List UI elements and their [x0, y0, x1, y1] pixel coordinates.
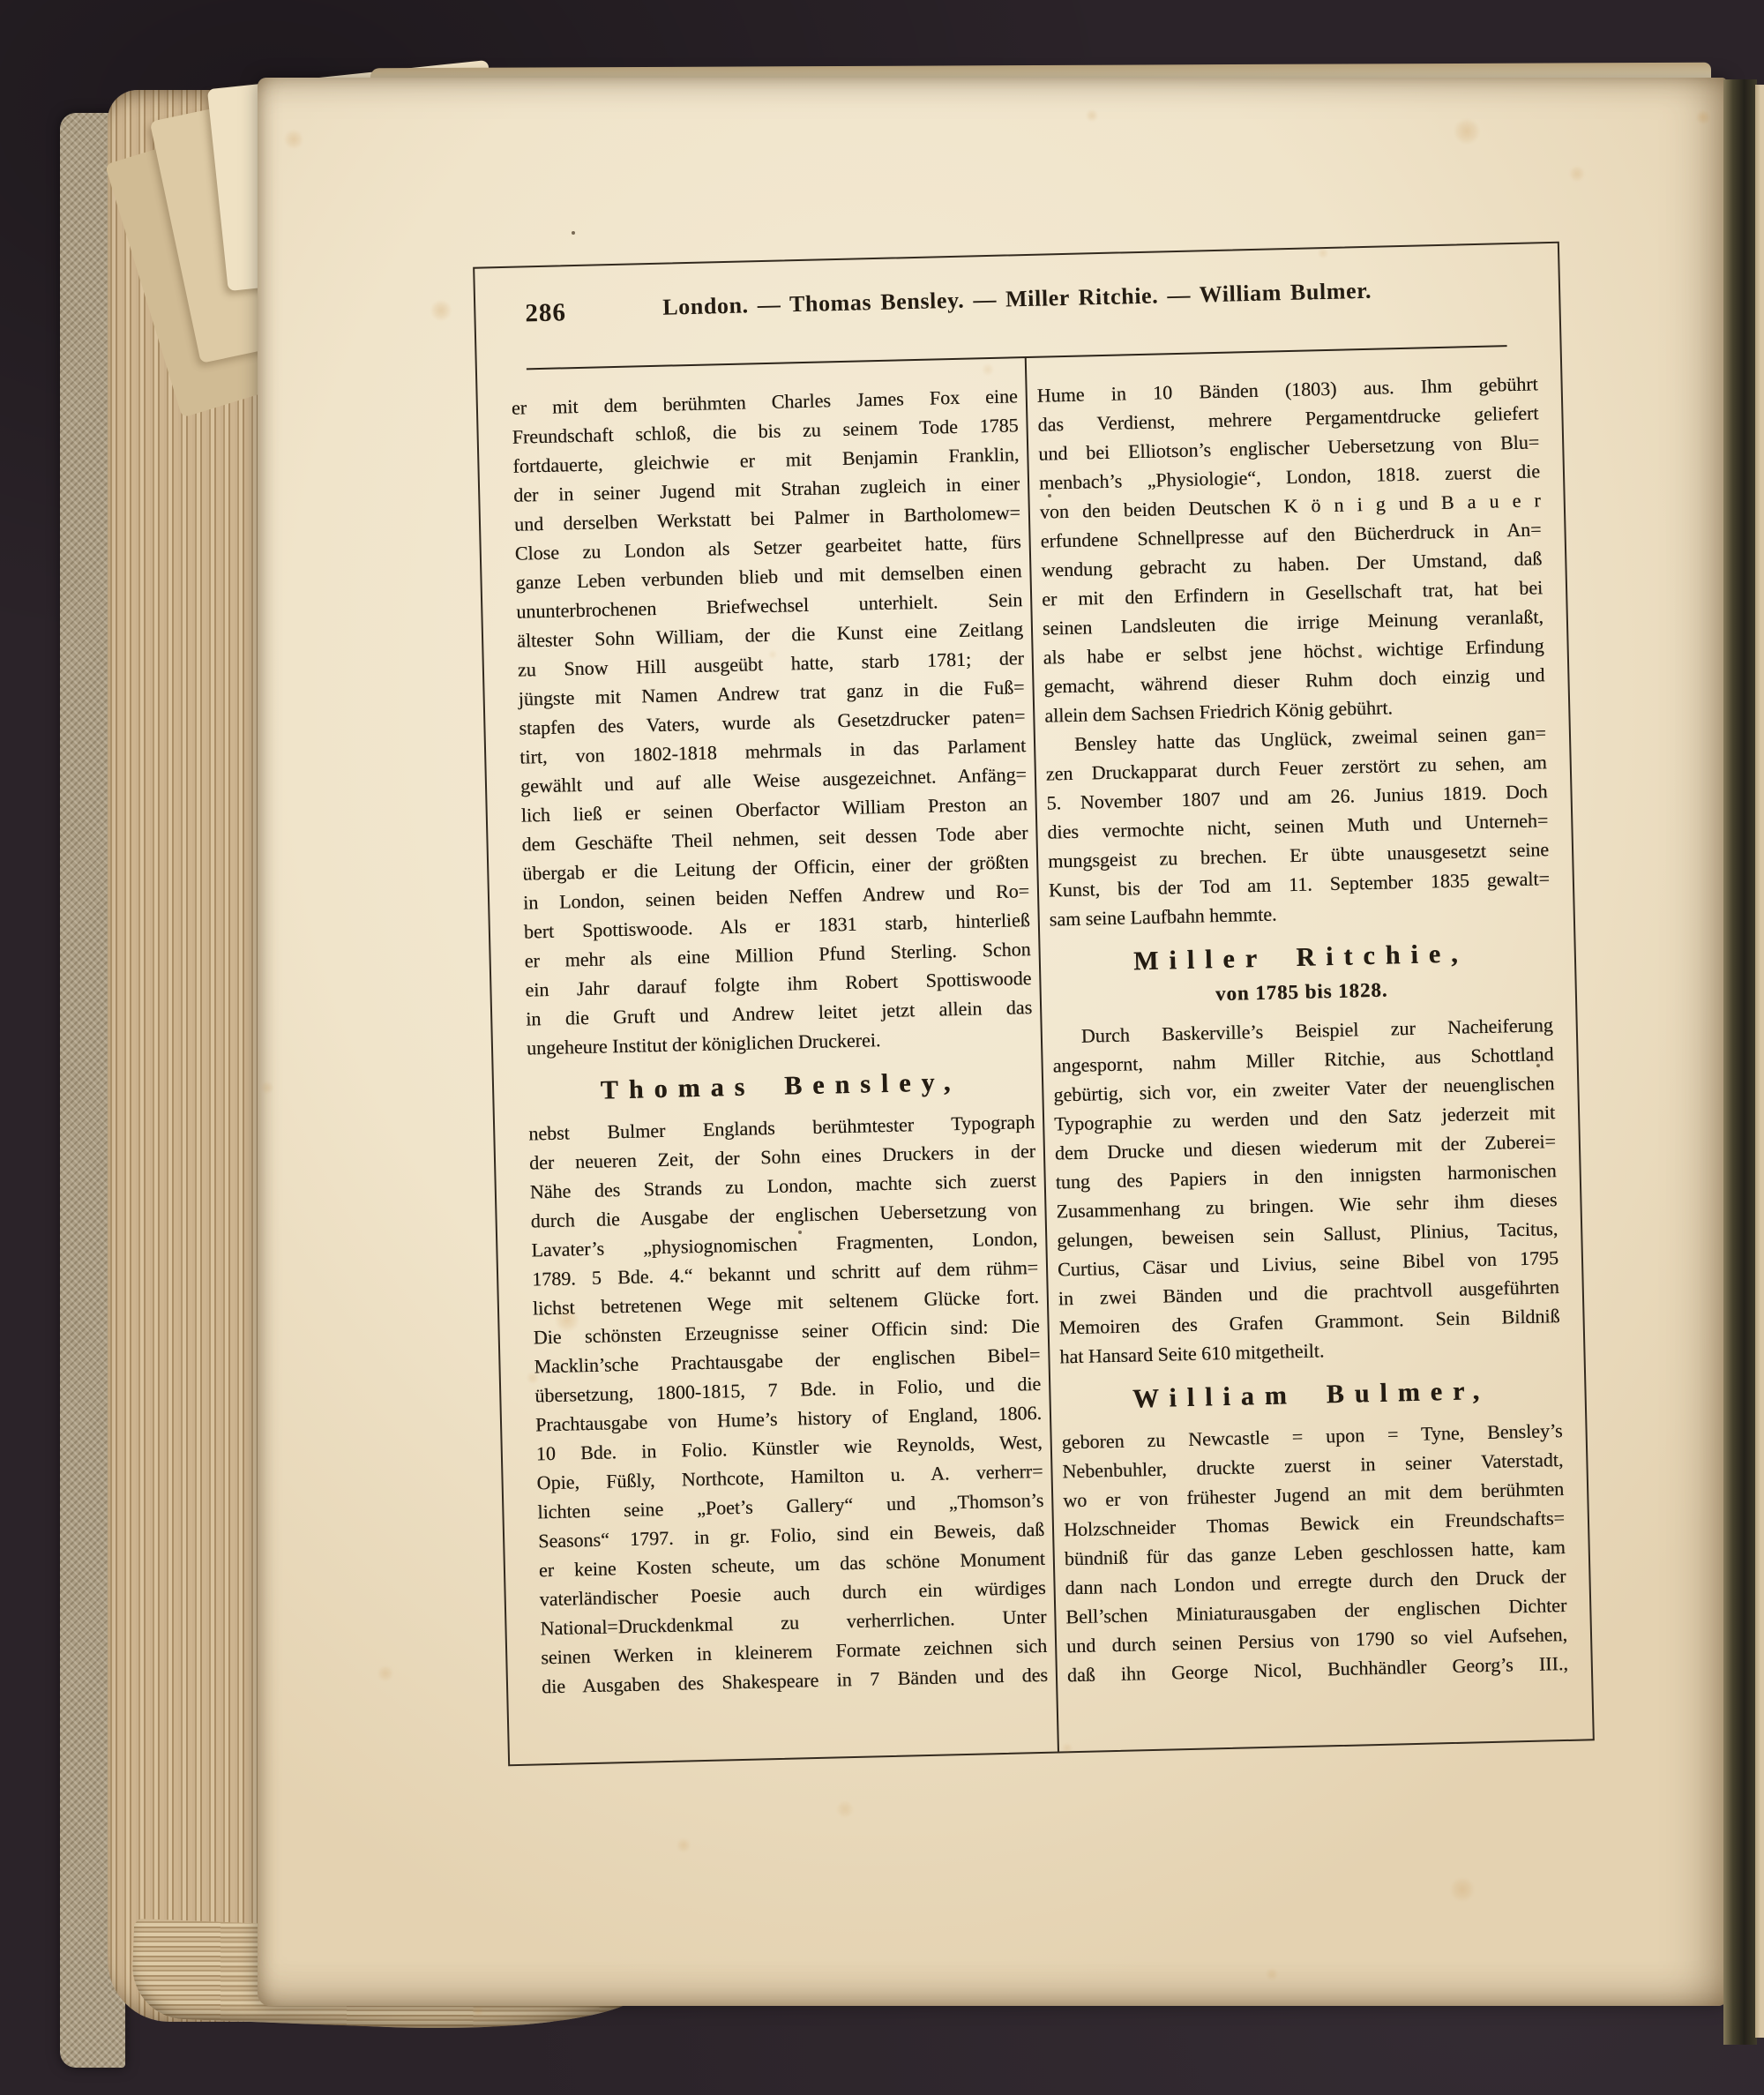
foxing-spot	[1696, 110, 1710, 124]
page-header: 286 London. — Thomas Bensley. — Miller R…	[475, 273, 1559, 336]
foxing-spot	[676, 1838, 691, 1852]
heading: William Bulmer,	[1060, 1371, 1562, 1419]
right-column: Hume in 10 Bänden (1803) aus. Ihm gebühr…	[1036, 369, 1568, 1689]
paragraph: Hume in 10 Bänden (1803) aus. Ihm gebühr…	[1036, 369, 1545, 730]
left-column: er mit dem berühmten Charles James Fox e…	[512, 381, 1049, 1701]
foxing-spot	[284, 130, 303, 149]
scanned-book-photo: 286 London. — Thomas Bensley. — Miller R…	[0, 0, 1764, 2095]
foxing-spot	[1569, 166, 1585, 182]
ink-speck	[572, 231, 575, 235]
page-number: 286	[525, 298, 566, 328]
header-rule	[527, 345, 1507, 370]
foxing-spot	[1266, 1968, 1278, 1980]
printed-text-frame: 286 London. — Thomas Bensley. — Miller R…	[473, 242, 1595, 1767]
book-page: 286 London. — Thomas Bensley. — Miller R…	[258, 78, 1727, 2006]
running-head: London. — Thomas Bensley. — Miller Ritch…	[475, 273, 1558, 325]
paragraph: Durch Baskerville’s Beispiel zur Nacheif…	[1051, 1010, 1560, 1371]
paragraph: nebst Bulmer Englands berühmtester Typog…	[528, 1107, 1048, 1701]
foxing-spot	[1086, 109, 1098, 122]
heading: Thomas Bensley,	[527, 1062, 1035, 1111]
book-gutter-shadow	[1723, 79, 1757, 2045]
paragraph: er mit dem berühmten Charles James Fox e…	[512, 381, 1034, 1062]
foxing-spot	[1450, 1877, 1475, 1902]
foxing-spot	[836, 1800, 854, 1818]
foxing-spot	[377, 1665, 393, 1681]
text-columns: er mit dem berühmten Charles James Fox e…	[512, 369, 1570, 1753]
foxing-spot	[430, 300, 452, 321]
paragraph: geboren zu Newcastle = upon = Tyne, Bens…	[1061, 1416, 1568, 1689]
foxing-spot	[1454, 118, 1480, 145]
paragraph: Bensley hatte das Unglück, zweimal seine…	[1045, 718, 1551, 933]
foxing-spot	[261, 1081, 273, 1094]
next-page-edge	[1755, 85, 1764, 2038]
